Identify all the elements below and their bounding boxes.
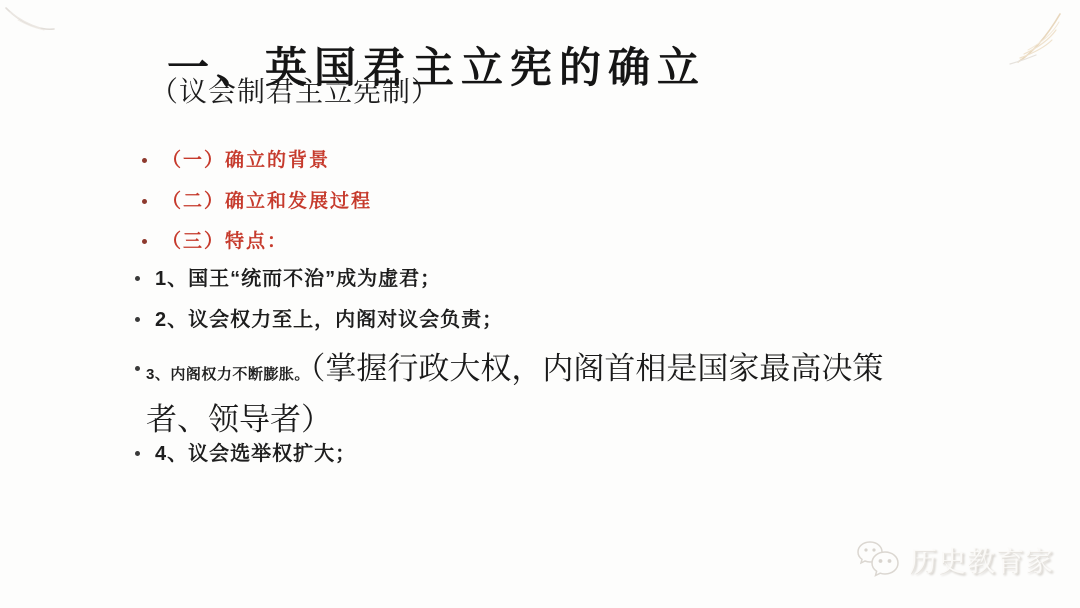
bullet-item-background: （一）确立的背景 xyxy=(162,149,330,173)
bullet-text: （三）特点： xyxy=(162,231,288,252)
bullet-text: 2、议会权力至上，内阁对议会负责； xyxy=(155,309,503,331)
bullet-text: （二）确立和发展过程 xyxy=(162,191,372,212)
wechat-chat-bubbles-icon xyxy=(854,538,904,582)
bullet-item-point-2: 2、议会权力至上，内阁对议会负责； xyxy=(155,308,503,332)
watermark-text: 历史教育家 xyxy=(909,540,1054,580)
bullet-text: （一）确立的背景 xyxy=(162,150,330,171)
bullet-text-main: 3、内阁权力不断膨胀。 xyxy=(146,366,310,383)
bullet-item-process: （二）确立和发展过程 xyxy=(162,190,372,214)
bullet-item-point-3: 3、内阁权力不断膨胀。（掌握行政大权，内阁首相是国家最高决策者、领导者） xyxy=(146,346,921,448)
slide-subtitle: （议会制君主立宪制） xyxy=(150,70,440,110)
bullet-text: 1、国王“统而不治”成为虚君； xyxy=(155,268,441,290)
bullet-text: 4、议会选举权扩大； xyxy=(155,443,356,465)
bullet-text-note: （掌握行政大权，内阁首相是国家最高决策者、领导者） xyxy=(146,351,883,437)
bullet-item-point-4: 4、议会选举权扩大； xyxy=(155,442,356,466)
watermark: 历史教育家 xyxy=(854,538,1054,582)
presentation-slide: 一、英国君主立宪的确立 （议会制君主立宪制） （一）确立的背景 （二）确立和发展… xyxy=(0,0,1080,608)
bullet-item-features: （三）特点： xyxy=(162,230,288,254)
feather-top-right-icon xyxy=(990,0,1080,75)
feather-top-left-icon xyxy=(0,0,70,50)
bullet-item-point-1: 1、国王“统而不治”成为虚君； xyxy=(155,267,441,291)
